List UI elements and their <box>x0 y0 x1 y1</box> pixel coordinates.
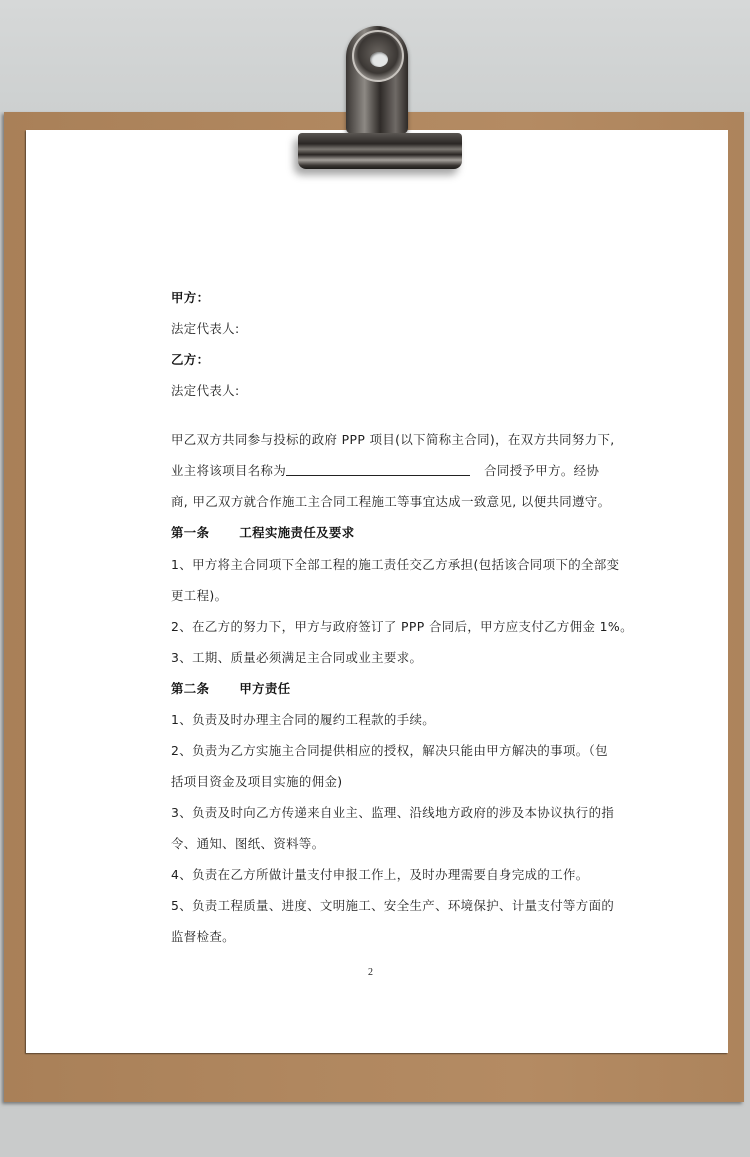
article-2-line: 5、负责工程质量、进度、文明施工、安全生产、环境保护、计量支付等方面的 <box>171 898 614 914</box>
article-2-line: 3、负责及时向乙方传递来自业主、监理、沿线地方政府的涉及本协议执行的指 <box>171 805 614 821</box>
article-2-line: 令、通知、图纸、资料等。 <box>171 836 325 852</box>
intro-line-2: 业主将该项目名称为合同授予甲方。经协 <box>171 463 599 479</box>
intro-line-2-before: 业主将该项目名称为 <box>171 463 286 478</box>
party-b-representative: 法定代表人: <box>171 383 240 399</box>
article-1-line: 更工程)。 <box>171 588 227 604</box>
article-2-heading: 第二条甲方责任 <box>171 681 291 697</box>
intro-line-2-after: 合同授予甲方。经协 <box>484 463 599 478</box>
binder-clip-jaw <box>298 133 462 169</box>
article-1-line: 3、工期、质量必须满足主合同或业主要求。 <box>171 650 422 666</box>
party-b-label: 乙方： <box>171 352 209 368</box>
party-a-label: 甲方： <box>171 290 209 306</box>
article-1-heading: 第一条工程实施责任及要求 <box>171 525 355 541</box>
article-1-line: 1、甲方将主合同项下全部工程的施工责任交乙方承担(包括该合同项下的全部变 <box>171 557 619 573</box>
article-1-line: 2、在乙方的努力下，甲方与政府签订了 PPP 合同后，甲方应支付乙方佣金 1%。 <box>171 619 633 635</box>
article-2-title: 甲方责任 <box>239 681 290 696</box>
page-number: 2 <box>368 967 373 978</box>
party-a-representative: 法定代表人: <box>171 321 240 337</box>
project-name-blank <box>286 463 470 476</box>
binder-clip-hole <box>370 52 388 67</box>
article-2-line: 1、负责及时办理主合同的履约工程款的手续。 <box>171 712 435 728</box>
article-2-line: 监督检查。 <box>171 929 235 945</box>
article-2-line: 4、负责在乙方所做计量支付申报工作上，及时办理需要自身完成的工作。 <box>171 867 589 883</box>
document-page <box>26 130 728 1053</box>
article-1-title: 工程实施责任及要求 <box>239 525 354 540</box>
intro-line-3: 商, 甲乙双方就合作施工主合同工程施工等事宜达成一致意见, 以便共同遵守。 <box>171 494 610 510</box>
article-1-number: 第一条 <box>171 525 209 540</box>
intro-line-1: 甲乙双方共同参与投标的政府 PPP 项目(以下简称主合同)，在双方共同努力下, <box>171 432 615 448</box>
article-2-line: 括项目资金及项目实施的佣金) <box>171 774 343 790</box>
article-2-line: 2、负责为乙方实施主合同提供相应的授权，解决只能由甲方解决的事项。（包 <box>171 743 608 759</box>
article-2-number: 第二条 <box>171 681 209 696</box>
